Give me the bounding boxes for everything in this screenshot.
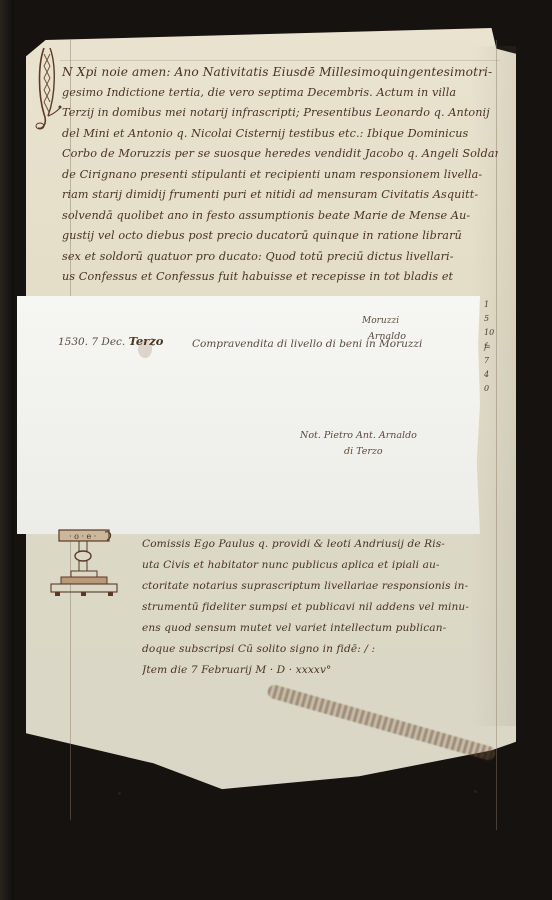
ruling-line-top — [60, 60, 500, 61]
text-line: sex et soldorū quatuor pro ducato: Quod … — [62, 247, 498, 268]
signum-label: · o · e · — [69, 532, 96, 541]
margin-mark: 10 = — [484, 326, 498, 340]
slip-place: Terzo — [129, 334, 164, 348]
text-line: gustij vel octo diebus post precio ducat… — [62, 226, 498, 247]
text-line: gesimo Indictione tertia, die vero septi… — [62, 83, 498, 104]
text-line: ens quod sensum mutet vel variet intelle… — [142, 618, 502, 639]
main-text-block: N Xpi noie amen: Ano Nativitatis Eiusdē … — [62, 62, 498, 288]
notary-signum-icon: · o · e · — [45, 528, 125, 604]
text-line: solvendā quolibet ano in festo assumptio… — [62, 206, 498, 227]
slip-name-above: Arnaldo — [368, 331, 406, 342]
margin-mark: f — [484, 340, 498, 354]
text-line: Terzij in domibus mei notarij infrascrip… — [62, 103, 498, 124]
text-line: ctoritate notarius suprascriptum livella… — [142, 576, 502, 597]
text-line: uta Civis et habitator nunc publicus apl… — [142, 555, 502, 576]
slip-date: 1530. 7 Dec. — [58, 336, 125, 348]
margin-mark: 5 — [484, 312, 498, 326]
notarial-subscription-block: Comissis Ego Paulus q. providi & leoti A… — [142, 534, 502, 681]
slip-name-above: Moruzzi — [362, 316, 399, 326]
margin-mark: 0 — [484, 382, 498, 396]
text-line: riam starij dimidij frumenti puri et nit… — [62, 185, 498, 206]
margin-mark: 1 — [484, 298, 498, 312]
pin-hole — [118, 792, 121, 795]
scan-background-edge — [0, 0, 14, 900]
text-line: N Xpi noie amen: Ano Nativitatis Eiusdē … — [62, 62, 498, 83]
text-line: Jtem die 7 Februarij M · D · xxxxv° — [142, 660, 502, 681]
text-line: de Cirignano presenti stipulanti et reci… — [62, 165, 498, 186]
text-line: doque subscripsi Cū solito signo in fidē… — [142, 639, 502, 660]
slip-signature-line: di Terzo — [344, 446, 383, 457]
slip-date-note: 1530. 7 Dec. Terzo — [58, 334, 163, 348]
text-line: us Confessus et Confessus fuit habuisse … — [62, 267, 498, 288]
decorated-initial-icon — [34, 44, 62, 132]
text-line: del Mini et Antonio q. Nicolai Cisternij… — [62, 124, 498, 145]
text-line: Comissis Ego Paulus q. providi & leoti A… — [142, 534, 502, 555]
pin-hole — [474, 790, 477, 793]
margin-marks: 1 5 10 = f 7 4 0 — [484, 298, 498, 396]
text-line: strumentū fideliter sumpsi et publicavi … — [142, 597, 502, 618]
margin-mark: 7 — [484, 354, 498, 368]
text-line: Corbo de Moruzzis per se suosque heredes… — [62, 144, 498, 165]
slip-signature-line: Not. Pietro Ant. Arnaldo — [300, 430, 417, 441]
margin-mark: 4 — [484, 368, 498, 382]
pasted-paper-slip — [17, 296, 480, 534]
